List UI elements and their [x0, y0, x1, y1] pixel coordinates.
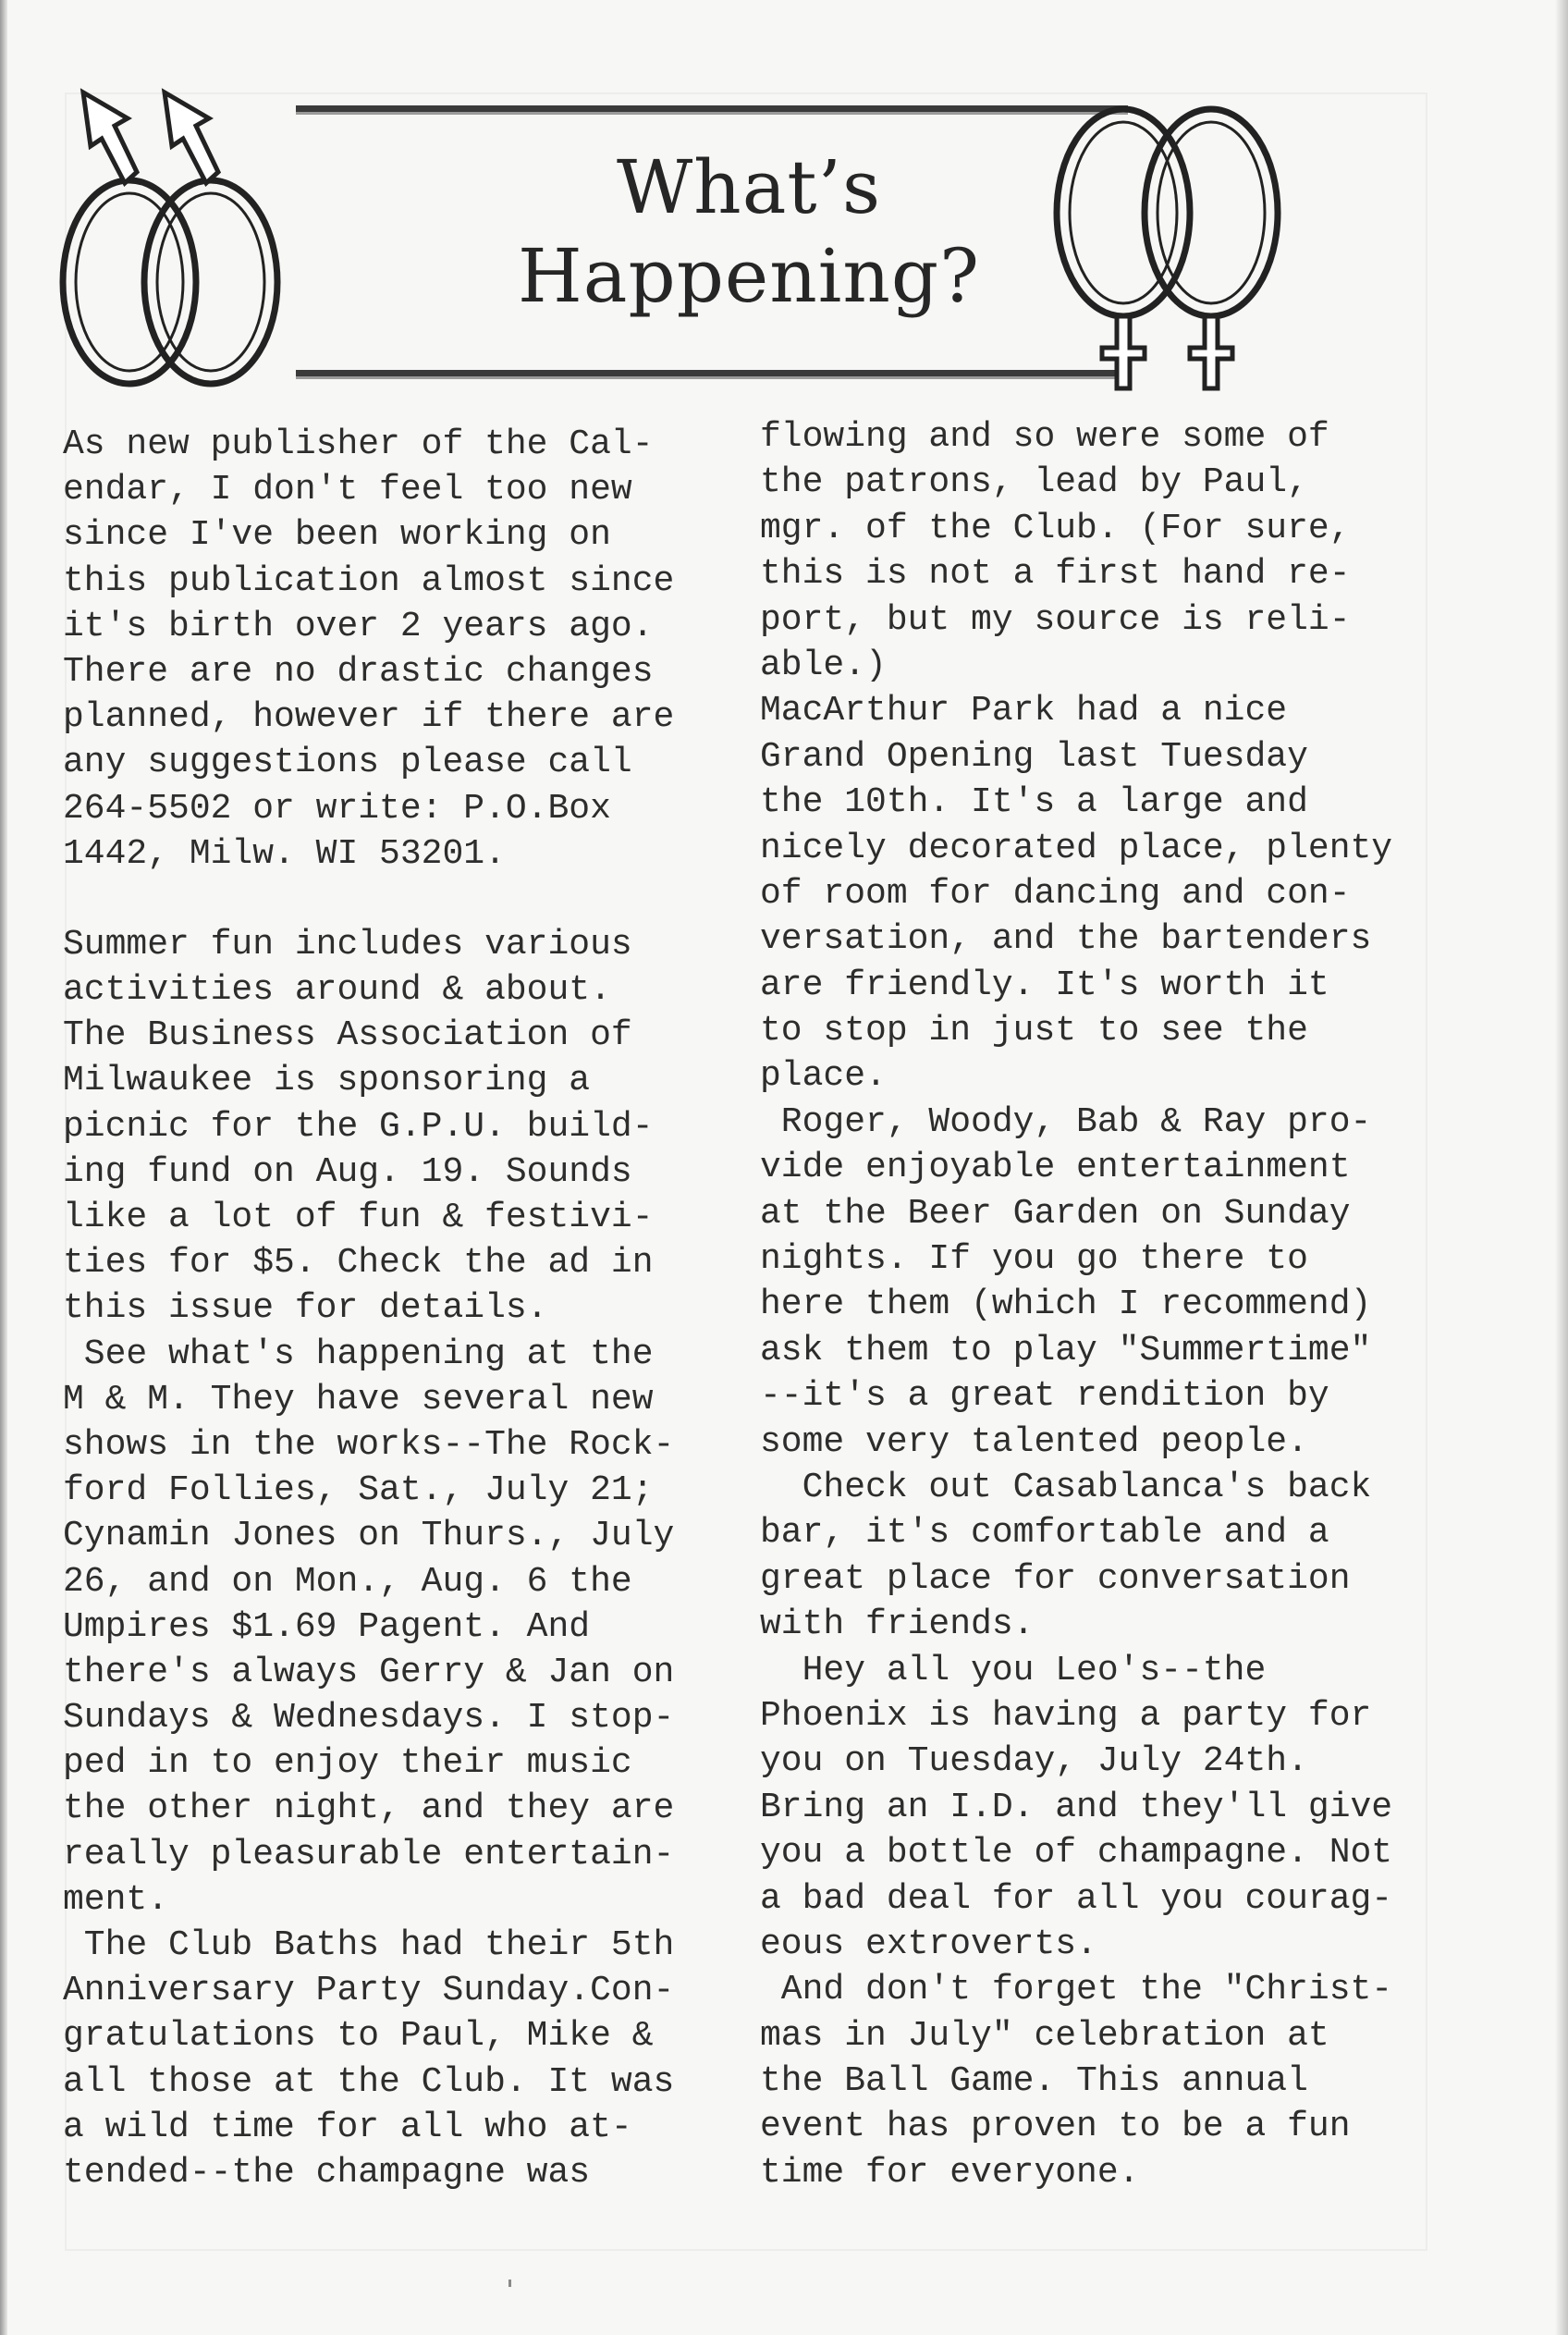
text-line: Summer fun includes various: [63, 922, 674, 967]
text-line: Roger, Woody, Bab & Ray pro-: [760, 1100, 1392, 1145]
text-line: this publication almost since: [63, 559, 674, 604]
text-line: gratulations to Paul, Mike &: [63, 2013, 674, 2058]
text-line: vide enjoyable entertainment: [760, 1145, 1392, 1190]
text-line: mas in July" celebration at: [760, 2013, 1392, 2058]
text-line: really pleasurable entertain-: [63, 1832, 674, 1877]
text-line: The Business Association of: [63, 1013, 674, 1058]
text-line: Check out Casablanca's back: [760, 1465, 1392, 1510]
text-line: Grand Opening last Tuesday: [760, 734, 1392, 780]
interlocked-male-symbols-icon: [37, 74, 314, 407]
text-line: 1442, Milw. WI 53201.: [63, 831, 674, 877]
text-line: the Ball Game. This annual: [760, 2058, 1392, 2104]
text-line: versation, and the bartenders: [760, 916, 1392, 962]
text-line: And don't forget the "Christ-: [760, 1967, 1392, 2012]
text-line: nicely decorated place, plenty: [760, 826, 1392, 871]
page-title: What’s Happening?: [472, 143, 1026, 321]
text-line: There are no drastic changes: [63, 649, 674, 694]
text-line: shows in the works--The Rock-: [63, 1422, 674, 1468]
page-edge-shadow-right: [1555, 0, 1568, 2335]
text-line: the patrons, lead by Paul,: [760, 460, 1392, 505]
text-line: you on Tuesday, July 24th.: [760, 1739, 1392, 1784]
text-line: endar, I don't feel too new: [63, 467, 674, 512]
text-line: there's always Gerry & Jan on: [63, 1650, 674, 1695]
article-column-right: flowing and so were some ofthe patrons, …: [760, 414, 1392, 2195]
text-line: like a lot of fun & festivi-: [63, 1195, 674, 1240]
text-line: a bad deal for all you courag-: [760, 1876, 1392, 1922]
text-line: with friends.: [760, 1602, 1392, 1647]
text-line: great place for conversation: [760, 1556, 1392, 1602]
text-line: picnic for the G.P.U. build-: [63, 1104, 674, 1149]
text-line: time for everyone.: [760, 2150, 1392, 2195]
article-column-left: As new publisher of the Cal-endar, I don…: [63, 422, 674, 2195]
text-line: the other night, and they are: [63, 1786, 674, 1831]
text-line: 264-5502 or write: P.O.Box: [63, 786, 674, 831]
text-line: any suggestions please call: [63, 740, 674, 785]
text-line: The Club Baths had their 5th: [63, 1923, 674, 1968]
text-line: planned, however if there are: [63, 694, 674, 740]
text-line: this is not a first hand re-: [760, 551, 1392, 596]
text-line: ment.: [63, 1877, 674, 1923]
text-line: it's birth over 2 years ago.: [63, 604, 674, 649]
interlocked-female-symbols-icon: [1035, 74, 1313, 407]
title-line-1: What’s: [472, 143, 1026, 232]
text-line: ped in to enjoy their music: [63, 1740, 674, 1786]
page-speck: [508, 2280, 511, 2287]
text-line: Sundays & Wednesdays. I stop-: [63, 1695, 674, 1740]
text-line: As new publisher of the Cal-: [63, 422, 674, 467]
text-line: are friendly. It's worth it: [760, 963, 1392, 1008]
text-line: ties for $5. Check the ad in: [63, 1240, 674, 1285]
text-line: at the Beer Garden on Sunday: [760, 1191, 1392, 1236]
text-line: mgr. of the Club. (For sure,: [760, 506, 1392, 551]
text-line: --it's a great rendition by: [760, 1373, 1392, 1419]
text-line: tended--the champagne was: [63, 2150, 674, 2195]
text-line: Bring an I.D. and they'll give: [760, 1785, 1392, 1830]
text-line: nights. If you go there to: [760, 1236, 1392, 1282]
text-line: flowing and so were some of: [760, 414, 1392, 460]
text-line: this issue for details.: [63, 1285, 674, 1331]
text-line: ing fund on Aug. 19. Sounds: [63, 1149, 674, 1195]
text-line: the 10th. It's a large and: [760, 780, 1392, 825]
text-line: event has proven to be a fun: [760, 2104, 1392, 2149]
text-line: Umpires $1.69 Pagent. And: [63, 1604, 674, 1650]
text-line: See what's happening at the: [63, 1332, 674, 1377]
text-line: activities around & about.: [63, 967, 674, 1013]
text-line: M & M. They have several new: [63, 1377, 674, 1422]
text-line: a wild time for all who at-: [63, 2105, 674, 2150]
text-line: 26, and on Mon., Aug. 6 the: [63, 1559, 674, 1604]
text-line: Phoenix is having a party for: [760, 1693, 1392, 1739]
text-line: bar, it's comfortable and a: [760, 1510, 1392, 1555]
text-line: to stop in just to see the: [760, 1008, 1392, 1053]
text-line: some very talented people.: [760, 1419, 1392, 1465]
text-line: port, but my source is reli-: [760, 597, 1392, 643]
text-line: ask them to play "Summertime": [760, 1328, 1392, 1373]
title-line-2: Happening?: [472, 232, 1026, 321]
text-line: able.): [760, 643, 1392, 688]
text-line: Cynamin Jones on Thurs., July: [63, 1513, 674, 1558]
text-line: you a bottle of champagne. Not: [760, 1830, 1392, 1875]
paragraph-gap: [63, 877, 674, 922]
text-line: Anniversary Party Sunday.Con-: [63, 1968, 674, 2013]
header-banner: What’s Happening?: [37, 74, 1405, 407]
page-edge-shadow-left: [0, 0, 7, 2335]
text-line: Hey all you Leo's--the: [760, 1648, 1392, 1693]
text-line: ford Follies, Sat., July 21;: [63, 1468, 674, 1513]
text-line: Milwaukee is sponsoring a: [63, 1058, 674, 1103]
text-line: of room for dancing and con-: [760, 871, 1392, 916]
text-line: eous extroverts.: [760, 1922, 1392, 1967]
text-line: place.: [760, 1053, 1392, 1099]
text-line: MacArthur Park had a nice: [760, 688, 1392, 733]
text-line: since I've been working on: [63, 512, 674, 558]
text-line: here them (which I recommend): [760, 1282, 1392, 1327]
text-line: all those at the Club. It was: [63, 2059, 674, 2105]
